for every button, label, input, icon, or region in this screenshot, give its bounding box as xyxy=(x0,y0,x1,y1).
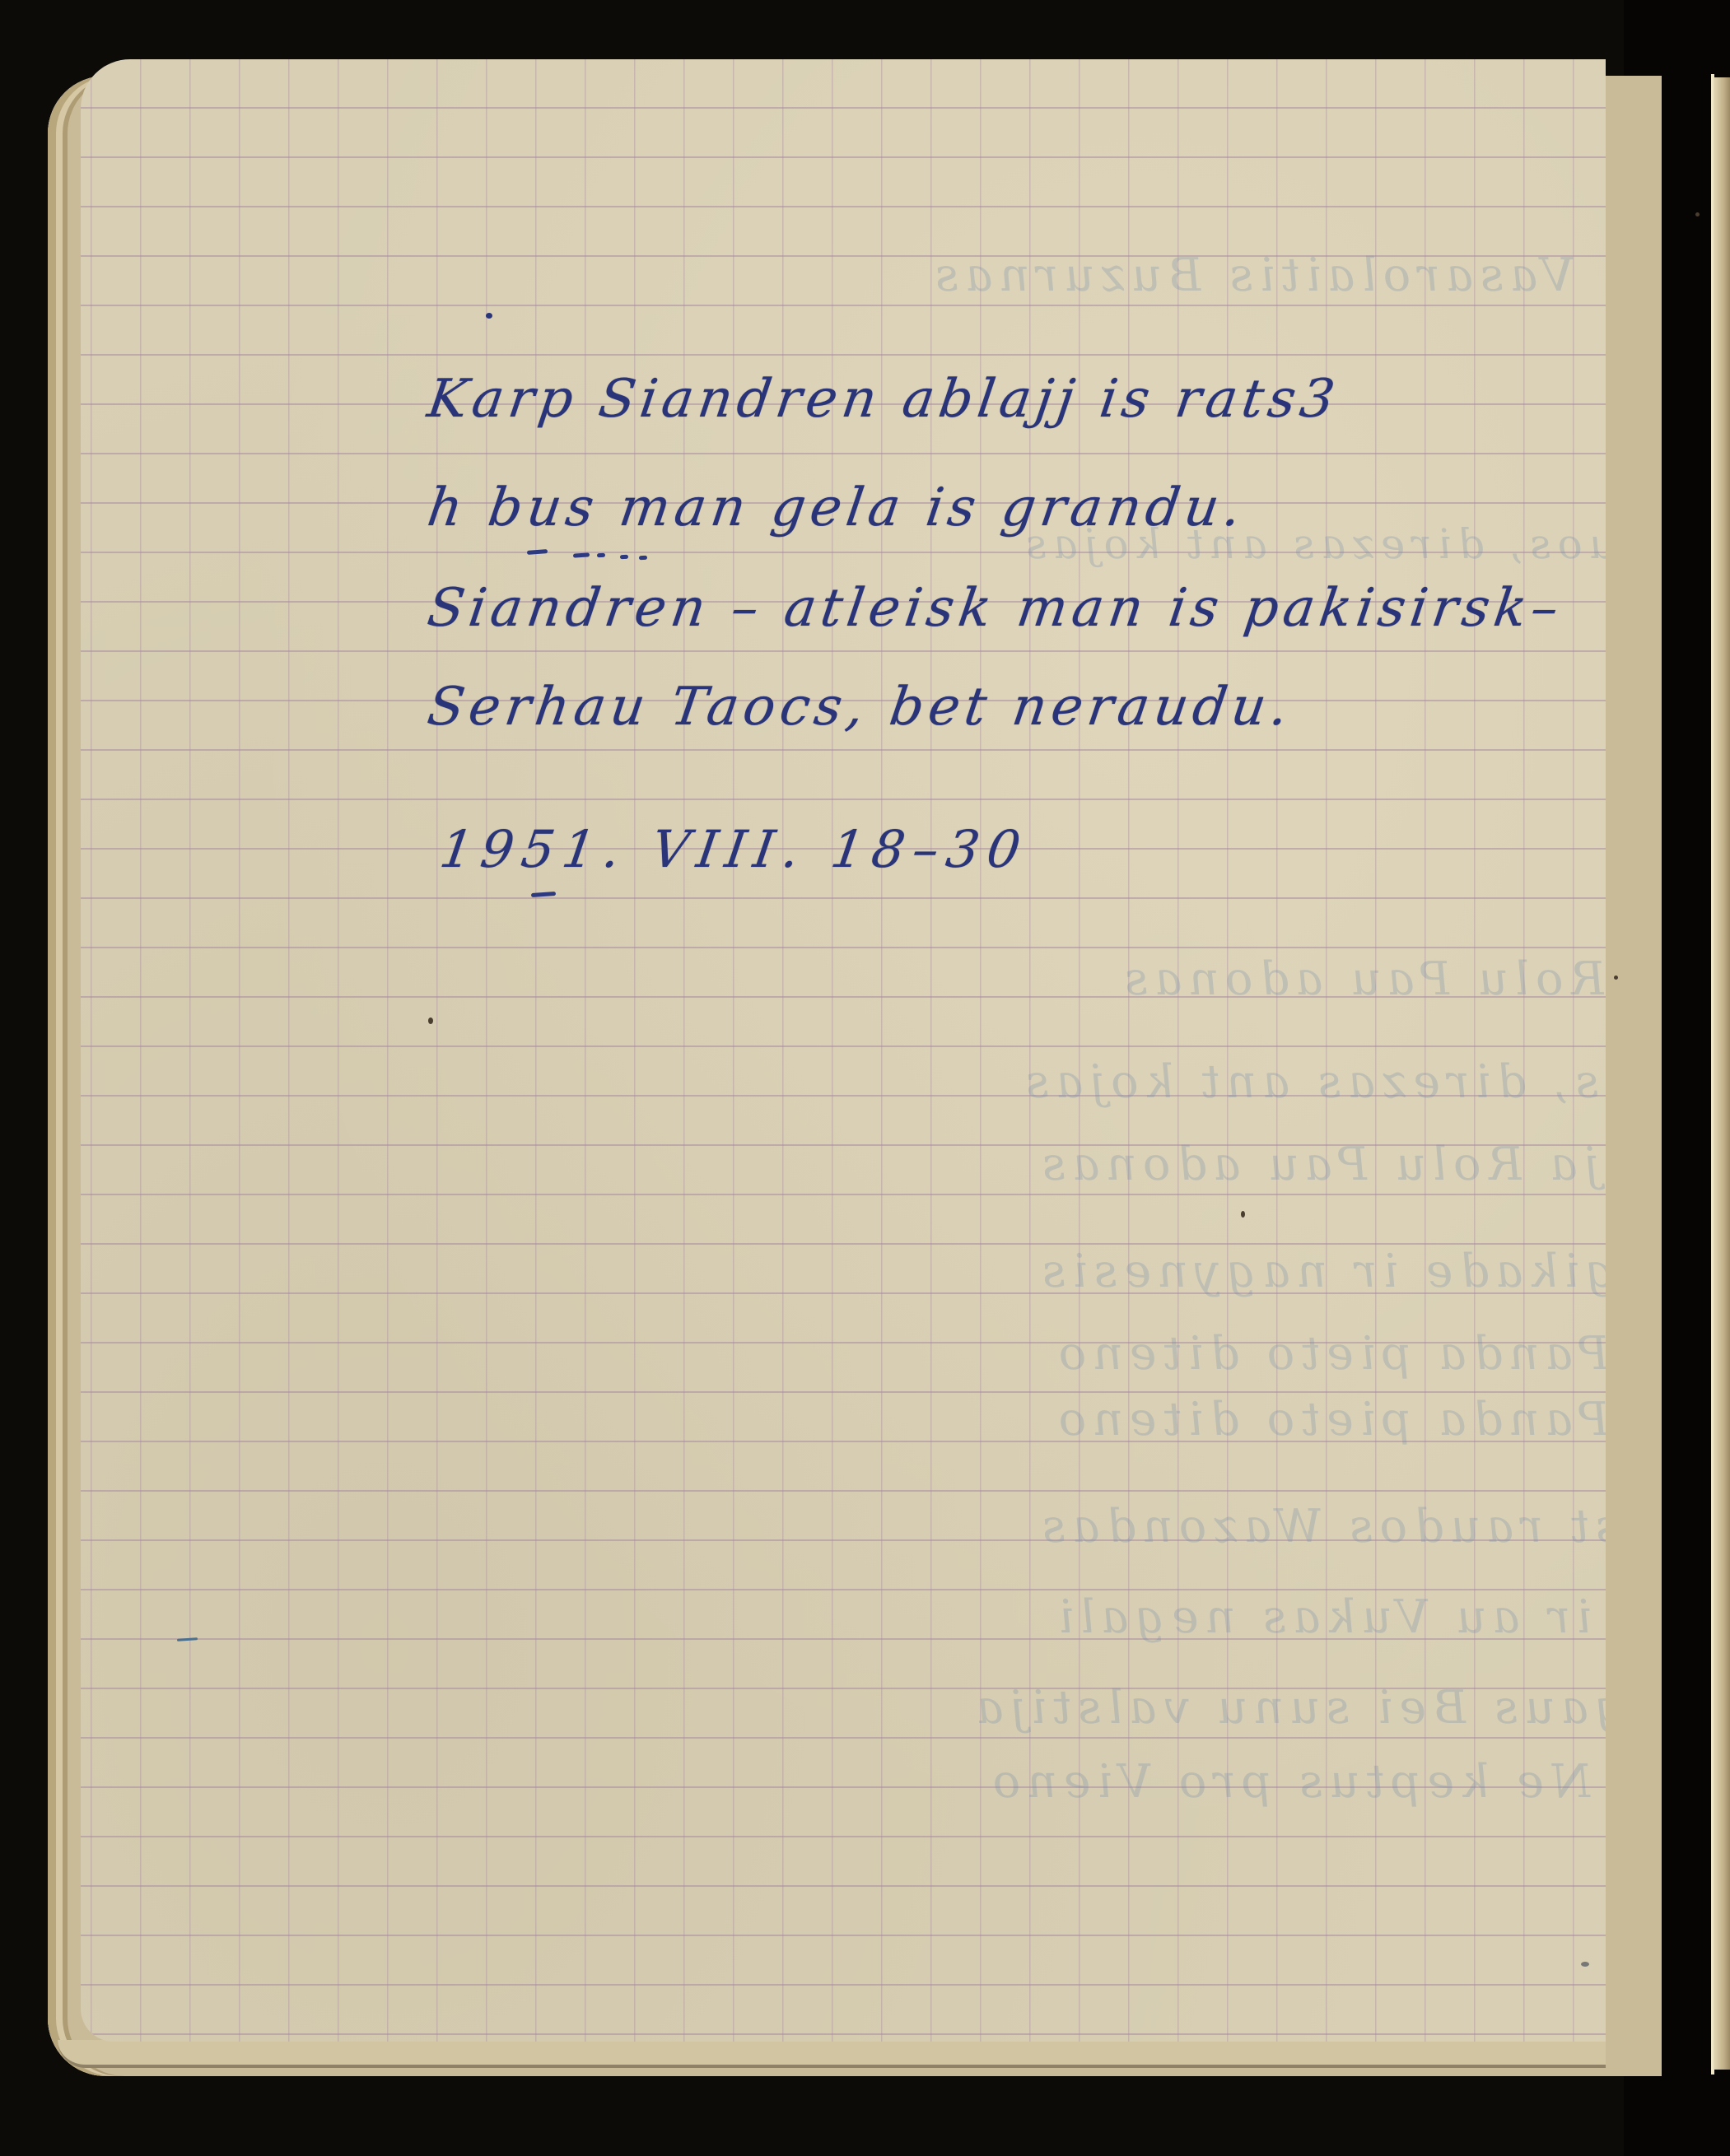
ink-dot xyxy=(486,313,492,319)
handwritten-line-1: Karp Siandren ablajj is rats3 xyxy=(424,369,1343,430)
underline-mark xyxy=(620,555,628,560)
underline-mark xyxy=(531,892,556,897)
underline-mark xyxy=(639,556,647,561)
handwritten-text: Karp Siandren ablajj is rats3 h bus man … xyxy=(0,0,1730,2156)
handwritten-date: 1951. VIII. 18–30 xyxy=(436,819,1033,879)
handwritten-line-3: Siandren – atleisk man is pakisirsk– xyxy=(424,578,1567,639)
paper-speck xyxy=(1581,1962,1589,1967)
handwritten-line-4: Serhau Taocs, bet neraudu. xyxy=(424,677,1297,738)
underline-mark xyxy=(527,549,548,555)
handwritten-line-2: h bus man gela is grandu. xyxy=(424,477,1250,538)
paper-speck xyxy=(428,1017,433,1024)
underline-mark xyxy=(573,552,590,557)
paper-speck xyxy=(1614,976,1618,980)
underline-mark xyxy=(597,553,605,558)
paper-speck xyxy=(1241,1211,1245,1218)
stray-ink-mark xyxy=(177,1637,198,1641)
paper-speck xyxy=(1695,212,1700,217)
